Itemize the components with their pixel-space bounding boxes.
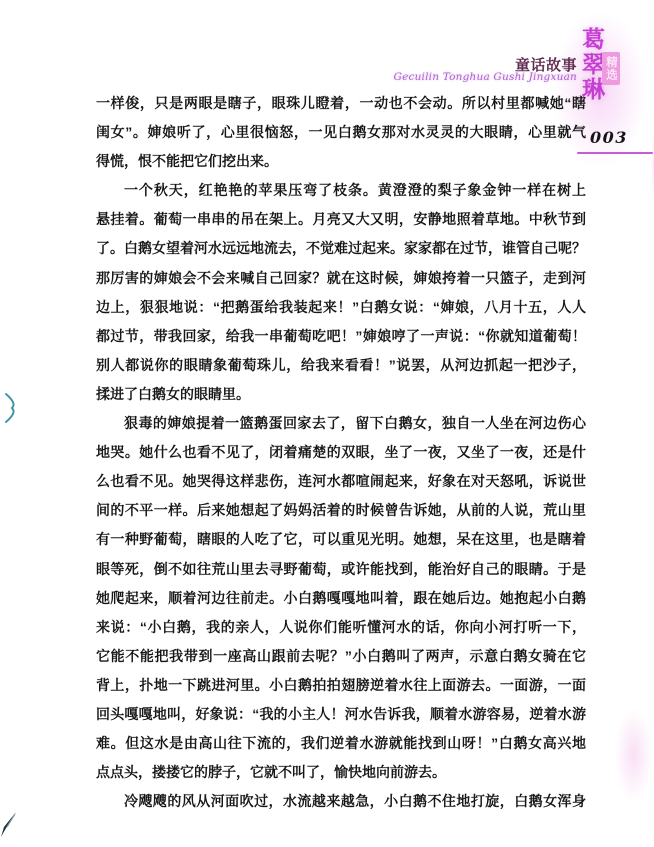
text-line: 狠毒的婶娘提着一篮鹅蛋回家去了，留下白鹅女，独自一人坐在河边伤心 [96,409,586,438]
text-line: 边上，狠狠地说：“把鹅蛋给我装起来！”白鹅女说：“婶娘，八月十五，人人 [96,293,586,322]
series-title-pinyin: Gecuilin Tonghua Gushi Jingxuan [394,71,578,83]
text-line: 回头嘎嘎地叫，好象说：“我的小主人！河水告诉我，顺着水游容易，逆着水游 [96,700,586,729]
text-line: 来说：“小白鹅，我的亲人，人说你们能听懂河水的话，你向小河打听一下， [96,613,586,642]
text-line: 揉进了白鹅女的眼睛里。 [96,380,586,409]
page-number: 003 [590,128,628,147]
text-line: 间的不平一样。后来她想起了妈妈活着的时候曾告诉她，从前的人说，荒山里 [96,496,586,525]
page-number-underline [577,152,653,154]
text-line: 点点头，搂搂它的脖子，它就不叫了，愉快地向前游去。 [96,758,586,787]
text-line: 她爬起来，顺着河边往前走。小白鹅嘎嘎地叫着，跟在她后边。她抱起小白鹅 [96,584,586,613]
text-line: 眼等死，倒不如往荒山里去寻野葡萄，或许能找到，能治好自己的眼睛。于是 [96,555,586,584]
text-line: 别人都说你的眼睛象葡萄珠儿，给我来看看！”说罢，从河边抓起一把沙子， [96,351,586,380]
text-line: 闺女”。婶娘听了，心里很恼怒，一见白鹅女那对水灵灵的大眼睛，心里就气 [96,118,586,147]
text-line: 背上，扑地一下跳进河里。小白鹅拍拍翅膀逆着水往上面游去。一面游，一面 [96,671,586,700]
text-line: 一个秋天，红艳艳的苹果压弯了枝条。黄澄澄的梨子象金钟一样在树上 [96,176,586,205]
text-line: 那厉害的婶娘会不会来喊自己回家？就在这时候，婶娘挎着一只篮子，走到河 [96,264,586,293]
text-line: 了。白鹅女望着河水远远地流去，不觉难过起来。家家都在过节，谁管自己呢？ [96,234,586,263]
margin-bracket-icon [4,392,18,429]
story-body: 一样俊，只是两眼是瞎子，眼珠儿瞪着，一动也不会动。所以村里都喊她“瞎 闺女”。婶… [96,89,586,816]
text-line: 有一种野葡萄，瞎眼的人吃了它，可以重见光明。她想，呆在这里，也是瞎着 [96,525,586,554]
book-page: { "page": { "header": { "series_title": … [0,0,654,847]
text-line: 它能不能把我带到一座高山跟前去呢？”小白鹅叫了两声，示意白鹅女骑在它 [96,642,586,671]
text-line: 得慌，恨不能把它们挖出来。 [96,147,586,176]
text-line: 么也看不见。她哭得这样悲伤，连河水都喧闹起来，好象在对天怒吼，诉说世 [96,467,586,496]
featured-badge: 精选 [602,52,620,85]
text-line: 都过节，带我回家，给我一串葡萄吃吧！”婶娘哼了一声说：“你就知道葡萄！ [96,322,586,351]
text-line: 悬挂着。葡萄一串串的吊在架上。月亮又大又明，安静地照着草地。中秋节到 [96,205,586,234]
text-line: 地哭。她什么也看不见了，闭着痛楚的双眼，坐了一夜，又坐了一夜，还是什 [96,438,586,467]
text-line: 一样俊，只是两眼是瞎子，眼珠儿瞪着，一动也不会动。所以村里都喊她“瞎 [96,89,586,118]
corner-pen-mark-icon [0,810,22,845]
text-line: 难。但这水是由高山往下流的，我们逆着水游就能找到山呀！”白鹅女高兴地 [96,729,586,758]
text-line: 冷飕飕的风从河面吹过，水流越来越急，小白鹅不住地打旋，白鹅女浑身 [96,787,586,816]
